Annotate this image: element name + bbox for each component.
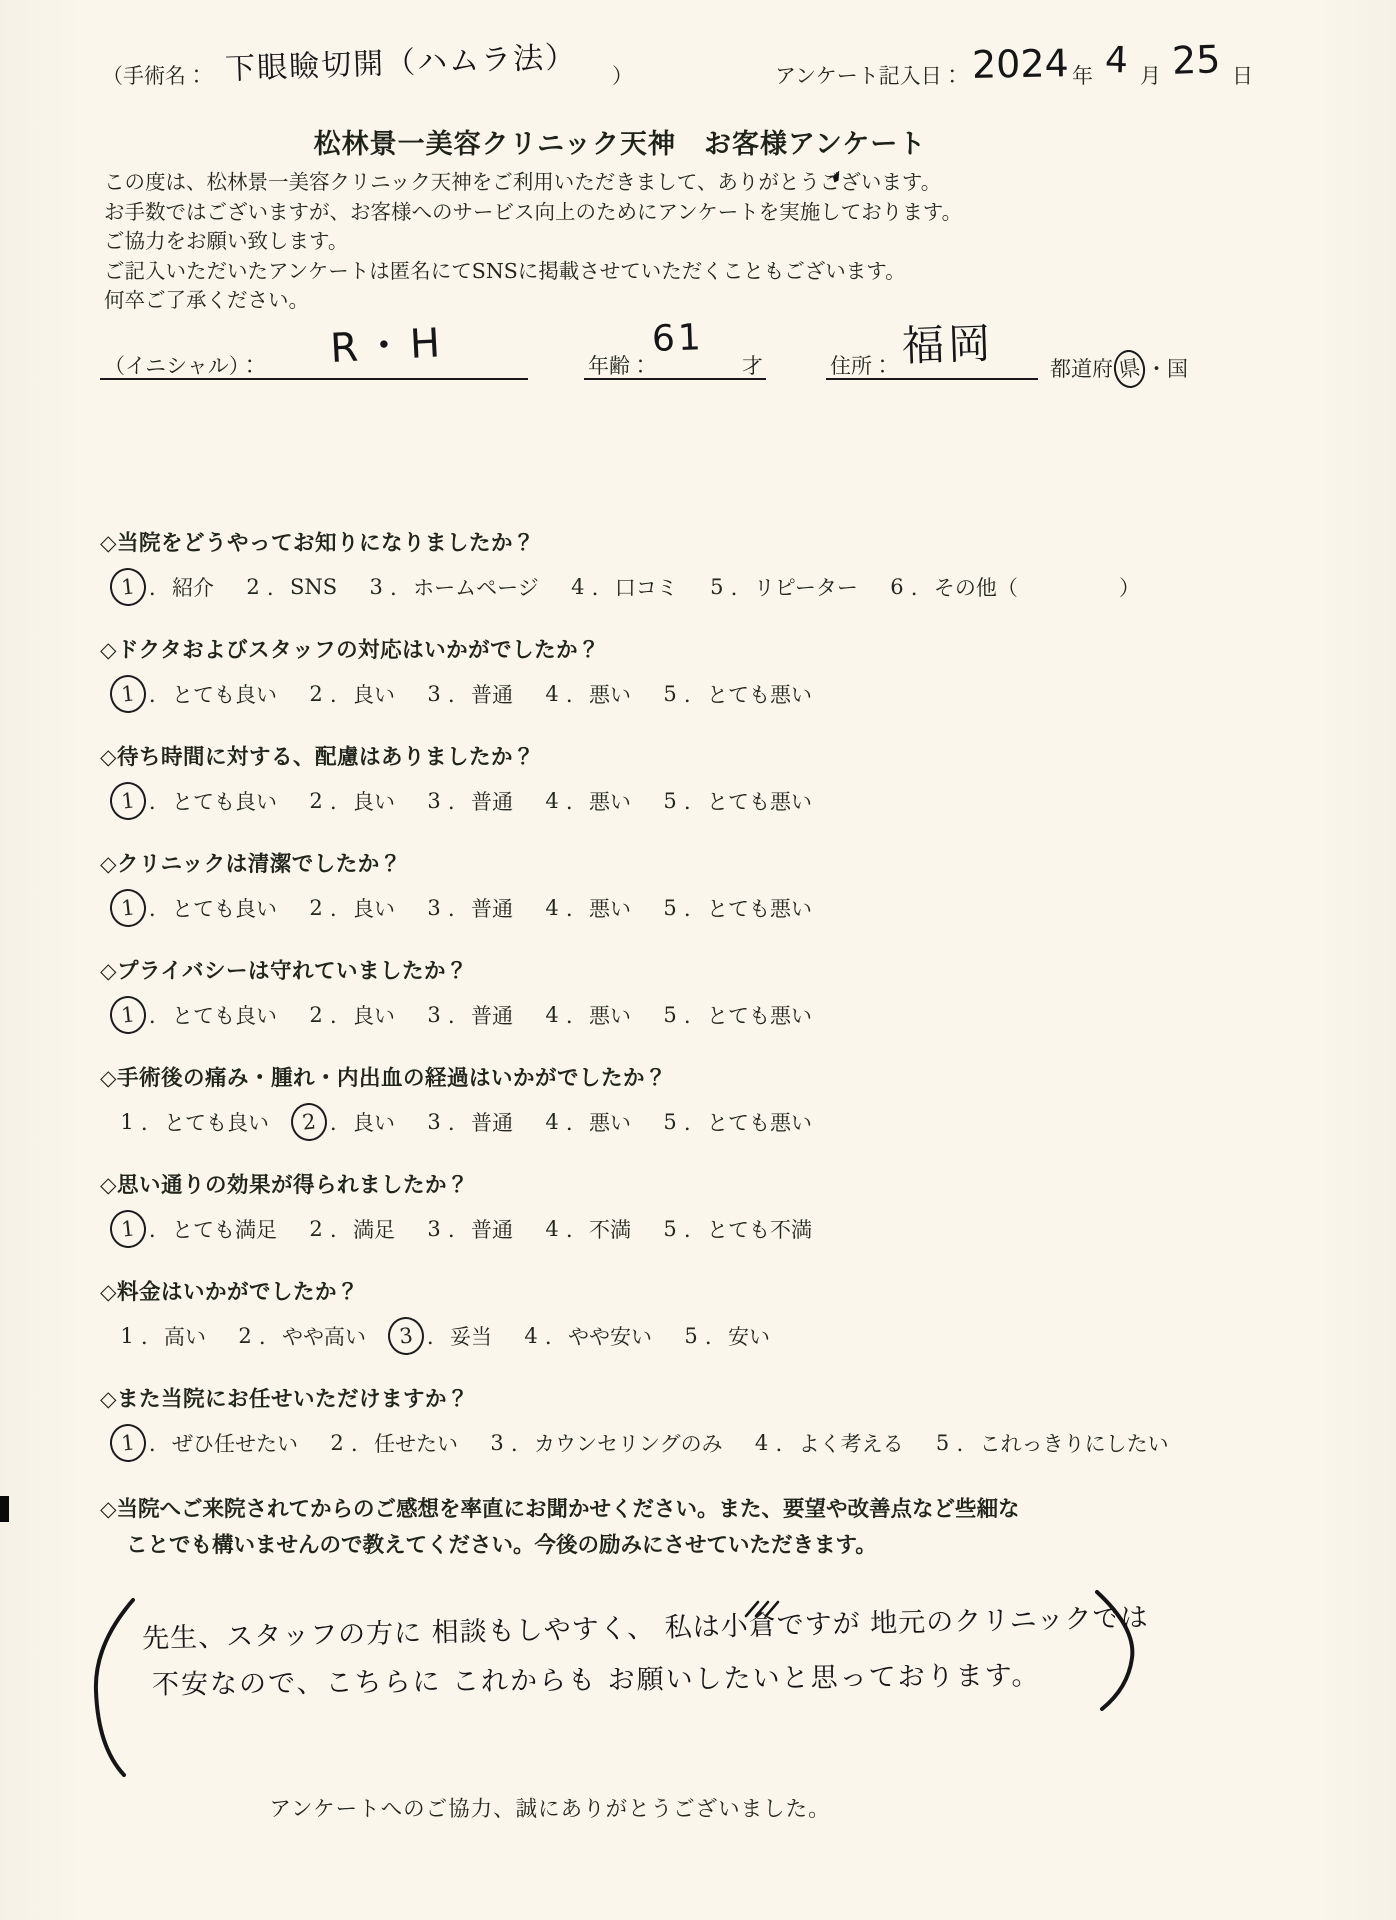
answer-number-separator: ． [267,572,288,602]
answer-number: 2 [303,1212,329,1246]
answer-number-separator: ． [330,679,351,709]
address-handwritten: 福岡 [901,310,995,373]
answer-option: 3．カウンセリングのみ [484,1426,723,1460]
answer-label: とても良い [164,1107,269,1137]
answer-label: 不満 [589,1214,631,1244]
question-prompt: ◇プライバシーは守れていましたか？ [100,958,1140,986]
answer-number: 4 [539,1105,565,1139]
answer-option: 3．普通 [421,1212,513,1246]
answer-option: 2．良い [303,677,395,711]
answer-options-row: 1．とても良い2．良い3．普通4．悪い5．とても悪い [100,996,1140,1034]
answer-option: 1．とても良い [114,784,277,818]
answer-option: 4．悪い [539,1105,631,1139]
answer-label: 良い [353,679,395,709]
answer-number: 3 [363,570,389,604]
answer-option: 3．普通 [421,891,513,925]
answer-number: 5 [657,677,683,711]
answer-option: 3．ホームページ [363,570,539,604]
intro-line: ご記入いただいたアンケートは匿名にてSNSに掲載させていただくこともございます。 [104,257,1114,287]
answer-number-separator: ． [731,572,752,602]
answer-number: 3 [421,677,447,711]
question-prompt: ◇クリニックは清潔でしたか？ [100,851,1140,879]
circled-answer-number: 1 [108,566,148,608]
answer-label: とても良い [172,786,277,816]
questionnaire-scan-page: （手術名： 下眼瞼切開（ハムラ法） ） アンケート記入日： 2024 年 4 月… [0,0,1396,1920]
answer-number-separator: ． [566,1107,587,1137]
handwritten-comment-line: 先生、スタッフの方に 相談もしやすく、 私は小倉ですが 地元のクリニックでは [142,1595,1149,1655]
initial-handwritten: R・H [329,311,448,374]
circled-answer-number: 1 [108,887,148,929]
answer-options-row: 1．とても良い2．良い3．普通4．悪い5．とても悪い [100,675,1140,713]
answer-number-separator: ． [684,1107,705,1137]
answer-option: 3．普通 [421,1105,513,1139]
answer-number: 4 [539,784,565,818]
handwritten-comment-line: 不安なので、こちらに これからも お願いしたいと思っております。 [152,1653,1041,1701]
free-comment-question: ◇当院へご来院されてからのご感想を率直にお聞かせください。また、要望や改善点など… [100,1492,1170,1564]
answer-label: とても満足 [172,1214,277,1244]
answer-number: 3 [421,998,447,1032]
answer-option: 1．紹介 [114,570,214,604]
page-title: 松林景一美容クリニック天神 お客様アンケート [100,122,1140,161]
answer-number-separator: ． [566,1214,587,1244]
answer-label: 安い [728,1321,770,1351]
answer-label: 普通 [471,893,513,923]
question-prompt: ◇手術後の痛み・腫れ・内出血の経過はいかがでしたか？ [100,1065,1140,1093]
initial-label: （イニシャル）： [104,350,260,380]
answer-number: 3 [421,784,447,818]
answer-number: 2 [303,998,329,1032]
answer-number: 2 [303,784,329,818]
handwritten-left-paren [88,1595,142,1780]
answer-option: 2．良い [303,998,395,1032]
answer-option: 4．不満 [539,1212,631,1246]
answer-number: 4 [539,677,565,711]
answer-number-separator: ． [259,1321,280,1351]
answer-option: 4．悪い [539,891,631,925]
intro-line: ご協力をお願い致します。 [104,227,1114,257]
answer-number-separator: ． [448,1214,469,1244]
answer-option: 2．満足 [303,1212,395,1246]
answer-number-separator: ． [592,572,613,602]
question-block: ◇待ち時間に対する、配慮はありましたか？1．とても良い2．良い3．普通4．悪い5… [100,744,1140,820]
answer-number-separator: ． [427,1321,448,1351]
answer-label: 悪い [589,1000,631,1030]
answer-label: とても悪い [707,679,812,709]
answer-number-separator: ． [566,786,587,816]
answer-number: 2 [232,1319,258,1353]
answer-number-separator: ． [684,1000,705,1030]
answer-option: 4．悪い [539,784,631,818]
answer-number-separator: ． [545,1321,566,1351]
answer-label: とても悪い [707,786,812,816]
answer-label: 普通 [471,1214,513,1244]
answer-label: やや安い [568,1321,652,1351]
answer-number-separator: ． [684,893,705,923]
answer-number: 4 [539,998,565,1032]
answer-option: 1．高い [114,1319,206,1353]
prefecture-country-suffix: 都道府県・国 [1050,350,1188,388]
answer-number-separator: ． [911,572,932,602]
circled-answer-number: 3 [386,1315,426,1357]
answer-label: 普通 [471,1000,513,1030]
answer-number: 5 [657,1105,683,1139]
answer-number: 3 [421,1212,447,1246]
answer-label: SNS [290,575,337,599]
answer-label: とても良い [172,679,277,709]
answer-number-separator: ． [448,1000,469,1030]
survey-date-label: アンケート記入日： [775,60,963,90]
circled-answer-number: 1 [108,1422,148,1464]
answer-label: 良い [353,1107,395,1137]
answer-number-separator: ． [448,1107,469,1137]
day-unit: 日 [1232,60,1253,90]
age-unit: 才 [742,350,763,380]
surgery-name-handwritten: 下眼瞼切開（ハムラ法） [224,32,577,88]
intro-line: お手数ではございますが、お客様へのサービス向上のためにアンケートを実施しておりま… [104,198,1114,228]
answer-option: 5．とても悪い [657,1105,812,1139]
answer-number: 4 [565,570,591,604]
intro-paragraph: この度は、松林景一美容クリニック天神をご利用いただきまして、ありがとうございます… [104,168,1114,316]
answer-option: 1．ぜひ任せたい [114,1426,298,1460]
answer-number-separator: ． [149,786,170,816]
answer-number: 4 [518,1319,544,1353]
answer-option: 1．とても良い [114,677,277,711]
answer-label: これっきりにしたい [980,1428,1169,1458]
age-label: 年齢： [588,350,651,380]
prefecture-text: 都道府 [1050,357,1113,381]
answer-label: 口コミ [615,572,678,602]
circled-answer-number: 2 [289,1101,329,1143]
answer-number-separator: ． [684,679,705,709]
answer-number: 3 [421,1105,447,1139]
answer-number: 5 [657,784,683,818]
answer-number-separator: ． [330,1107,351,1137]
answer-option: 5．リピーター [704,570,858,604]
answer-number-separator: ． [330,893,351,923]
answer-label: 良い [353,893,395,923]
answer-options-row: 1．ぜひ任せたい2．任せたい3．カウンセリングのみ4．よく考える5．これっきりに… [100,1424,1140,1462]
answer-option: 2．任せたい [324,1426,458,1460]
answer-label: とても悪い [707,1107,812,1137]
answer-options-row: 1．紹介2．SNS3．ホームページ4．口コミ5．リピーター6．その他（） [100,568,1140,606]
answer-option: 4．やや安い [518,1319,652,1353]
question-prompt: ◇待ち時間に対する、配慮はありましたか？ [100,744,1140,772]
answer-label: 悪い [589,786,631,816]
other-option-close-paren: ） [1119,572,1140,602]
answer-label: 普通 [471,1107,513,1137]
answer-option: 5．とても悪い [657,998,812,1032]
answer-number: 5 [930,1426,956,1460]
address-label: 住所： [830,350,893,380]
answer-number: 5 [657,891,683,925]
answer-number-separator: ． [351,1428,372,1458]
answer-label: とても良い [172,1000,277,1030]
answer-number-separator: ． [684,1214,705,1244]
answer-options-row: 1．とても良い2．良い3．普通4．悪い5．とても悪い [100,1103,1140,1141]
answer-number: 5 [657,1212,683,1246]
month-unit: 月 [1140,60,1161,90]
answer-option: 2．やや高い [232,1319,366,1353]
answer-options-row: 1．とても満足2．満足3．普通4．不満5．とても不満 [100,1210,1140,1248]
question-block: ◇ドクタおよびスタッフの対応はいかがでしたか？1．とても良い2．良い3．普通4．… [100,637,1140,713]
answer-number-separator: ． [141,1321,162,1351]
answer-options-row: 1．とても良い2．良い3．普通4．悪い5．とても悪い [100,889,1140,927]
answer-label: やや高い [282,1321,366,1351]
answer-option: 2．SNS [240,570,337,604]
answer-option: 4．よく考える [749,1426,904,1460]
answer-label: 普通 [471,786,513,816]
answer-label: とても良い [172,893,277,923]
question-block: ◇当院をどうやってお知りになりましたか？1．紹介2．SNS3．ホームページ4．口… [100,530,1140,606]
answer-number-separator: ． [448,786,469,816]
answer-number: 5 [704,570,730,604]
intro-line: この度は、松林景一美容クリニック天神をご利用いただきまして、ありがとうございます… [104,168,1114,198]
answer-option: 5．これっきりにしたい [930,1426,1169,1460]
answer-label: 良い [353,1000,395,1030]
free-comment-question-line: ことでも構いませんので教えてください。今後の励みにさせていただきます。 [100,1528,1170,1564]
year-unit: 年 [1072,60,1093,90]
answer-label: 満足 [353,1214,395,1244]
surgery-name-label: （手術名： [102,60,207,90]
answer-number-separator: ． [149,679,170,709]
answer-label: とても悪い [707,1000,812,1030]
answer-number: 2 [303,677,329,711]
answer-label: 悪い [589,893,631,923]
answer-number-separator: ． [566,893,587,923]
answer-label: 悪い [589,679,631,709]
question-block: ◇クリニックは清潔でしたか？1．とても良い2．良い3．普通4．悪い5．とても悪い [100,851,1140,927]
answer-number: 3 [484,1426,510,1460]
answer-number-separator: ． [149,1000,170,1030]
answer-option: 5．とても悪い [657,677,812,711]
answer-number: 3 [421,891,447,925]
question-prompt: ◇また当院にお任せいただけますか？ [100,1386,1140,1414]
answer-label: 紹介 [172,572,214,602]
answer-number-separator: ． [566,1000,587,1030]
answer-number: 4 [749,1426,775,1460]
answer-option: 2．良い [295,1105,395,1139]
circled-prefecture-kanji: 県 [1112,348,1148,390]
question-prompt: ◇料金はいかがでしたか？ [100,1279,1140,1307]
answer-number-separator: ． [390,572,411,602]
answer-number-separator: ． [684,786,705,816]
answer-number-separator: ． [330,1000,351,1030]
answer-label: ぜひ任せたい [172,1428,298,1458]
answer-option: 4．悪い [539,998,631,1032]
survey-date-month-handwritten: 4 [1104,40,1128,82]
answer-number-separator: ． [149,893,170,923]
question-block: ◇思い通りの効果が得られましたか？1．とても満足2．満足3．普通4．不満5．とて… [100,1172,1140,1248]
question-block: ◇プライバシーは守れていましたか？1．とても良い2．良い3．普通4．悪い5．とて… [100,958,1140,1034]
circled-answer-number: 1 [108,780,148,822]
answer-option: 1．とても良い [114,891,277,925]
question-prompt: ◇当院をどうやってお知りになりましたか？ [100,530,1140,558]
answer-option: 5．とても悪い [657,891,812,925]
answer-option: 3．普通 [421,998,513,1032]
question-list: ◇当院をどうやってお知りになりましたか？1．紹介2．SNS3．ホームページ4．口… [100,530,1140,1493]
circled-answer-number: 1 [108,673,148,715]
answer-number-separator: ． [957,1428,978,1458]
answer-label: 普通 [471,679,513,709]
answer-number-separator: ． [705,1321,726,1351]
answer-number: 5 [678,1319,704,1353]
question-block: ◇また当院にお任せいただけますか？1．ぜひ任せたい2．任せたい3．カウンセリング… [100,1386,1140,1462]
closing-thanks: アンケートへのご協力、誠にありがとうございました。 [0,1792,1100,1823]
answer-options-row: 1．高い2．やや高い3．妥当4．やや安い5．安い [100,1317,1140,1355]
question-prompt: ◇ドクタおよびスタッフの対応はいかがでしたか？ [100,637,1140,665]
country-text: ・国 [1146,357,1188,381]
question-block: ◇料金はいかがでしたか？1．高い2．やや高い3．妥当4．やや安い5．安い [100,1279,1140,1355]
answer-number: 2 [303,891,329,925]
question-block: ◇手術後の痛み・腫れ・内出血の経過はいかがでしたか？1．とても良い2．良い3．普… [100,1065,1140,1141]
survey-date-year-handwritten: 2024 [972,41,1069,87]
answer-number-separator: ． [448,893,469,923]
answer-number-separator: ． [448,679,469,709]
circled-answer-number: 1 [108,1208,148,1250]
answer-number-separator: ． [776,1428,797,1458]
answer-number: 1 [114,1105,140,1139]
answer-label: 妥当 [450,1321,492,1351]
answer-number: 2 [240,570,266,604]
answer-label: 悪い [589,1107,631,1137]
answer-option: 5．安い [678,1319,770,1353]
answer-number: 5 [657,998,683,1032]
answer-option: 6．その他（ [884,570,1018,604]
answer-option: 1．とても良い [114,998,277,1032]
answer-number: 4 [539,891,565,925]
answer-number-separator: ． [511,1428,532,1458]
answer-number: 6 [884,570,910,604]
question-prompt: ◇思い通りの効果が得られましたか？ [100,1172,1140,1200]
answer-label: 任せたい [374,1428,458,1458]
answer-option: 5．とても悪い [657,784,812,818]
answer-number-separator: ． [330,786,351,816]
answer-number-separator: ． [149,1214,170,1244]
answer-option: 4．悪い [539,677,631,711]
answer-number-separator: ． [149,1428,170,1458]
answer-option: 1．とても良い [114,1105,269,1139]
answer-label: リピーター [754,572,858,602]
circled-answer-number: 1 [108,994,148,1036]
answer-label: その他（ [934,572,1018,602]
answer-option: 1．とても満足 [114,1212,277,1246]
survey-date-day-handwritten: 25 [1171,37,1221,83]
answer-label: とても悪い [707,893,812,923]
answer-number: 2 [324,1426,350,1460]
answer-label: ホームページ [413,572,539,602]
answer-option: 2．良い [303,891,395,925]
answer-options-row: 1．とても良い2．良い3．普通4．悪い5．とても悪い [100,782,1140,820]
answer-label: 良い [353,786,395,816]
answer-label: とても不満 [707,1214,812,1244]
answer-number: 1 [114,1319,140,1353]
answer-option: 5．とても不満 [657,1212,812,1246]
answer-option: 3．普通 [421,677,513,711]
answer-option: 4．口コミ [565,570,678,604]
answer-label: カウンセリングのみ [534,1428,723,1458]
answer-option: 2．良い [303,784,395,818]
free-comment-question-line: ◇当院へご来院されてからのご感想を率直にお聞かせください。また、要望や改善点など… [100,1492,1170,1528]
answer-option: 3．妥当 [392,1319,492,1353]
surgery-name-close-paren: ） [612,60,633,90]
answer-number: 4 [539,1212,565,1246]
answer-number-separator: ． [141,1107,162,1137]
answer-number-separator: ． [330,1214,351,1244]
answer-number-separator: ． [566,679,587,709]
answer-number-separator: ． [149,572,170,602]
answer-label: 高い [164,1321,206,1351]
answer-label: よく考える [799,1428,904,1458]
answer-option: 3．普通 [421,784,513,818]
scan-edge-artifact [0,1496,9,1522]
age-handwritten: 61 [651,317,704,360]
